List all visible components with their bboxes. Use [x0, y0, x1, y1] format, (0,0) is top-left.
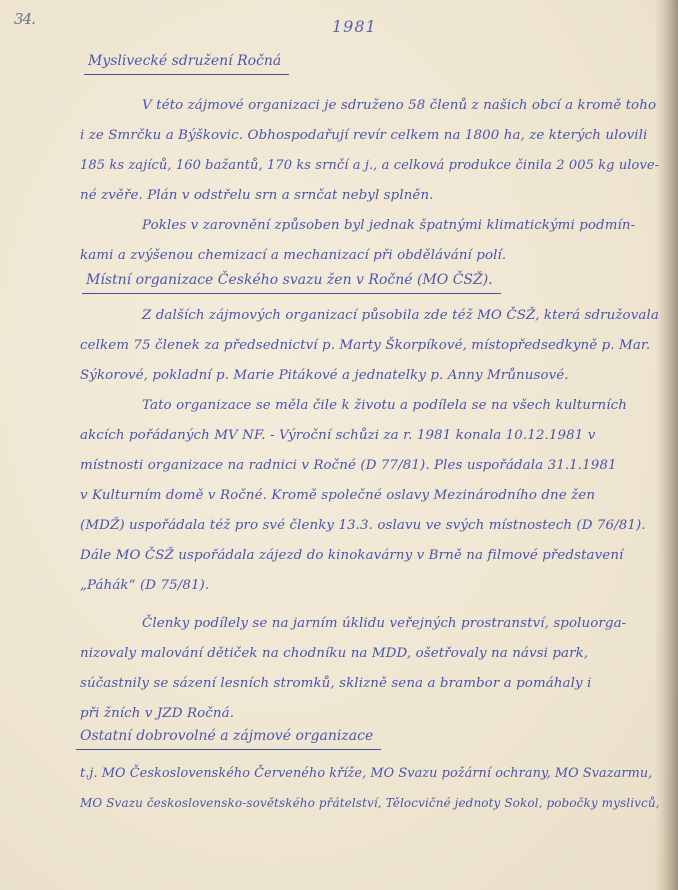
section-heading-hunting-association: Myslivecké sdružení Ročná: [88, 53, 281, 71]
section-heading-other-organizations: Ostatní dobrovolné a zájmové organizace: [80, 728, 373, 746]
text-line: Tato organizace se měla čile k životu a …: [142, 398, 627, 413]
text-line: nizovaly malování dětiček na chodníku na…: [80, 646, 588, 661]
text-line: místnosti organizace na radnici v Ročné …: [80, 458, 617, 473]
text-line: Sýkorové, pokladní p. Marie Pitákové a j…: [80, 368, 569, 383]
text-line: né zvěře. Plán v odstřelu srn a srnčat n…: [80, 188, 434, 203]
page-number: 34.: [14, 10, 35, 28]
text-line: súčastnily se sázení lesních stromků, sk…: [80, 676, 591, 691]
text-line: Z dalších zájmových organizací působila …: [142, 308, 659, 323]
year-heading: 1981: [332, 17, 377, 36]
text-line: (MDŽ) uspořádala též pro své členky 13.3…: [80, 518, 646, 533]
text-line: v Kulturním domě v Ročné. Kromě společné…: [80, 488, 595, 503]
text-line: Členky podílely se na jarním úklidu veře…: [142, 616, 626, 631]
chronicle-page: 34. 1981 Myslivecké sdružení Ročná V tét…: [0, 0, 678, 890]
text-line: V této zájmové organizaci je sdruženo 58…: [142, 98, 656, 113]
section-heading-womens-union: Místní organizace Českého svazu žen v Ro…: [86, 272, 493, 290]
text-line: Dále MO ČSŽ uspořádala zájezd do kinokav…: [80, 548, 623, 563]
text-line: „Páhák“ (D 75/81).: [80, 578, 209, 593]
text-line: akcích pořádaných MV NF. - Výroční schůz…: [80, 428, 595, 443]
text-line: MO Svazu československo-sovětského přáte…: [80, 796, 660, 810]
text-line: Pokles v zarovnění způsoben byl jednak š…: [142, 218, 635, 233]
text-line: kami a zvýšenou chemizací a mechanizací …: [80, 248, 506, 263]
text-line: t.j. MO Československého Červeného kříže…: [80, 766, 652, 781]
text-line: 185 ks zajíců, 160 bažantů, 170 ks srnčí…: [80, 158, 659, 173]
text-line: i ze Smrčku a Býškovic. Obhospodařují re…: [80, 128, 647, 143]
text-line: při žních v JZD Ročná.: [80, 706, 234, 721]
text-line: celkem 75 členek za předsednictví p. Mar…: [80, 338, 650, 353]
